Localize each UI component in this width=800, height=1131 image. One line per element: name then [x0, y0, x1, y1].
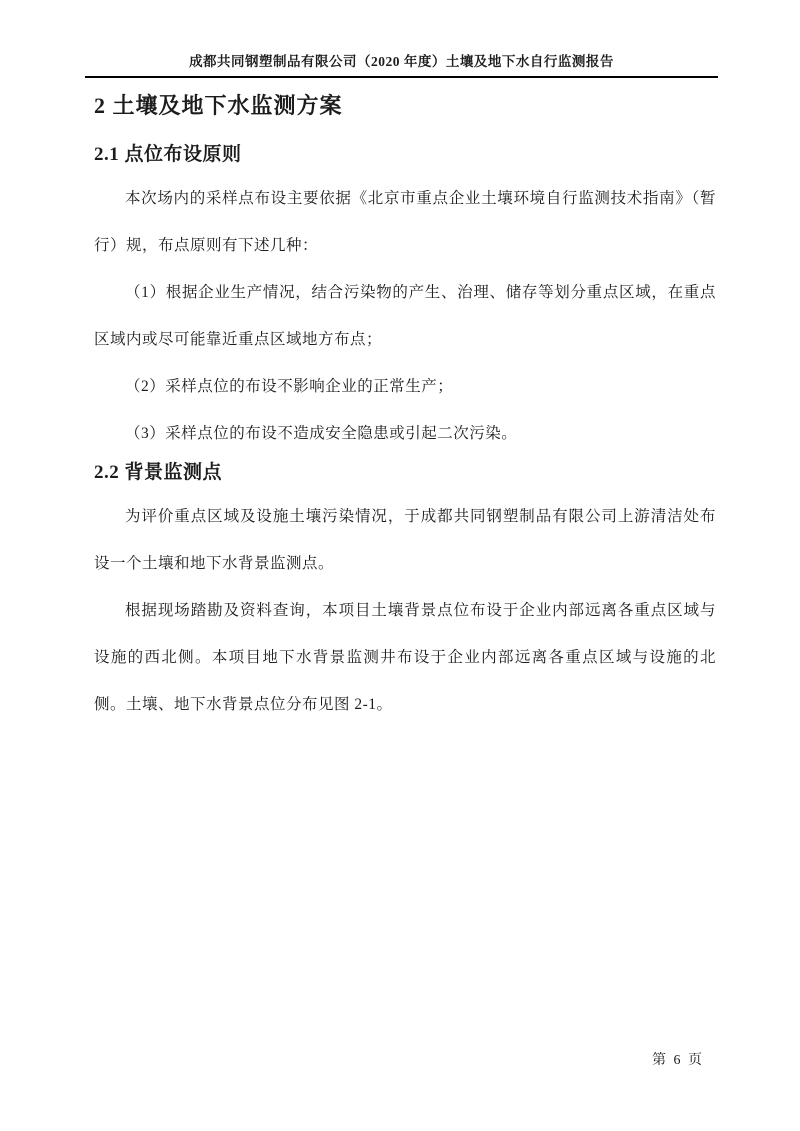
principle-item-3: （3）采样点位的布设不造成安全隐患或引起二次污染。: [94, 410, 716, 457]
page-content: 成都共同钢塑制品有限公司（2020 年度）土壤及地下水自行监测报告 2 土壤及地…: [0, 0, 800, 728]
section-2-1-intro-paragraph: 本次场内的采样点布设主要依据《北京市重点企业土壤环境自行监测技术指南》（暂行）规…: [94, 175, 716, 269]
section-2-1-heading: 2.1 点位布设原则: [94, 142, 716, 168]
principle-item-2: （2）采样点位的布设不影响企业的正常生产；: [94, 363, 716, 410]
section-2-2-paragraph-2: 根据现场踏勘及资料查询，本项目土壤背景点位布设于企业内部远离各重点区域与设施的西…: [94, 587, 716, 728]
running-header: 成都共同钢塑制品有限公司（2020 年度）土壤及地下水自行监测报告: [85, 0, 718, 78]
page-number: 第 6 页: [652, 1049, 704, 1069]
section-2-2-heading: 2.2 背景监测点: [94, 460, 716, 486]
principle-item-1: （1）根据企业生产情况，结合污染物的产生、治理、储存等划分重点区域，在重点区域内…: [94, 269, 716, 363]
chapter-heading: 2 土壤及地下水监测方案: [94, 91, 716, 121]
section-2-2-paragraph-1: 为评价重点区域及设施土壤污染情况，于成都共同钢塑制品有限公司上游清洁处布设一个土…: [94, 493, 716, 587]
document-page: 成都共同钢塑制品有限公司（2020 年度）土壤及地下水自行监测报告 2 土壤及地…: [0, 0, 800, 1131]
